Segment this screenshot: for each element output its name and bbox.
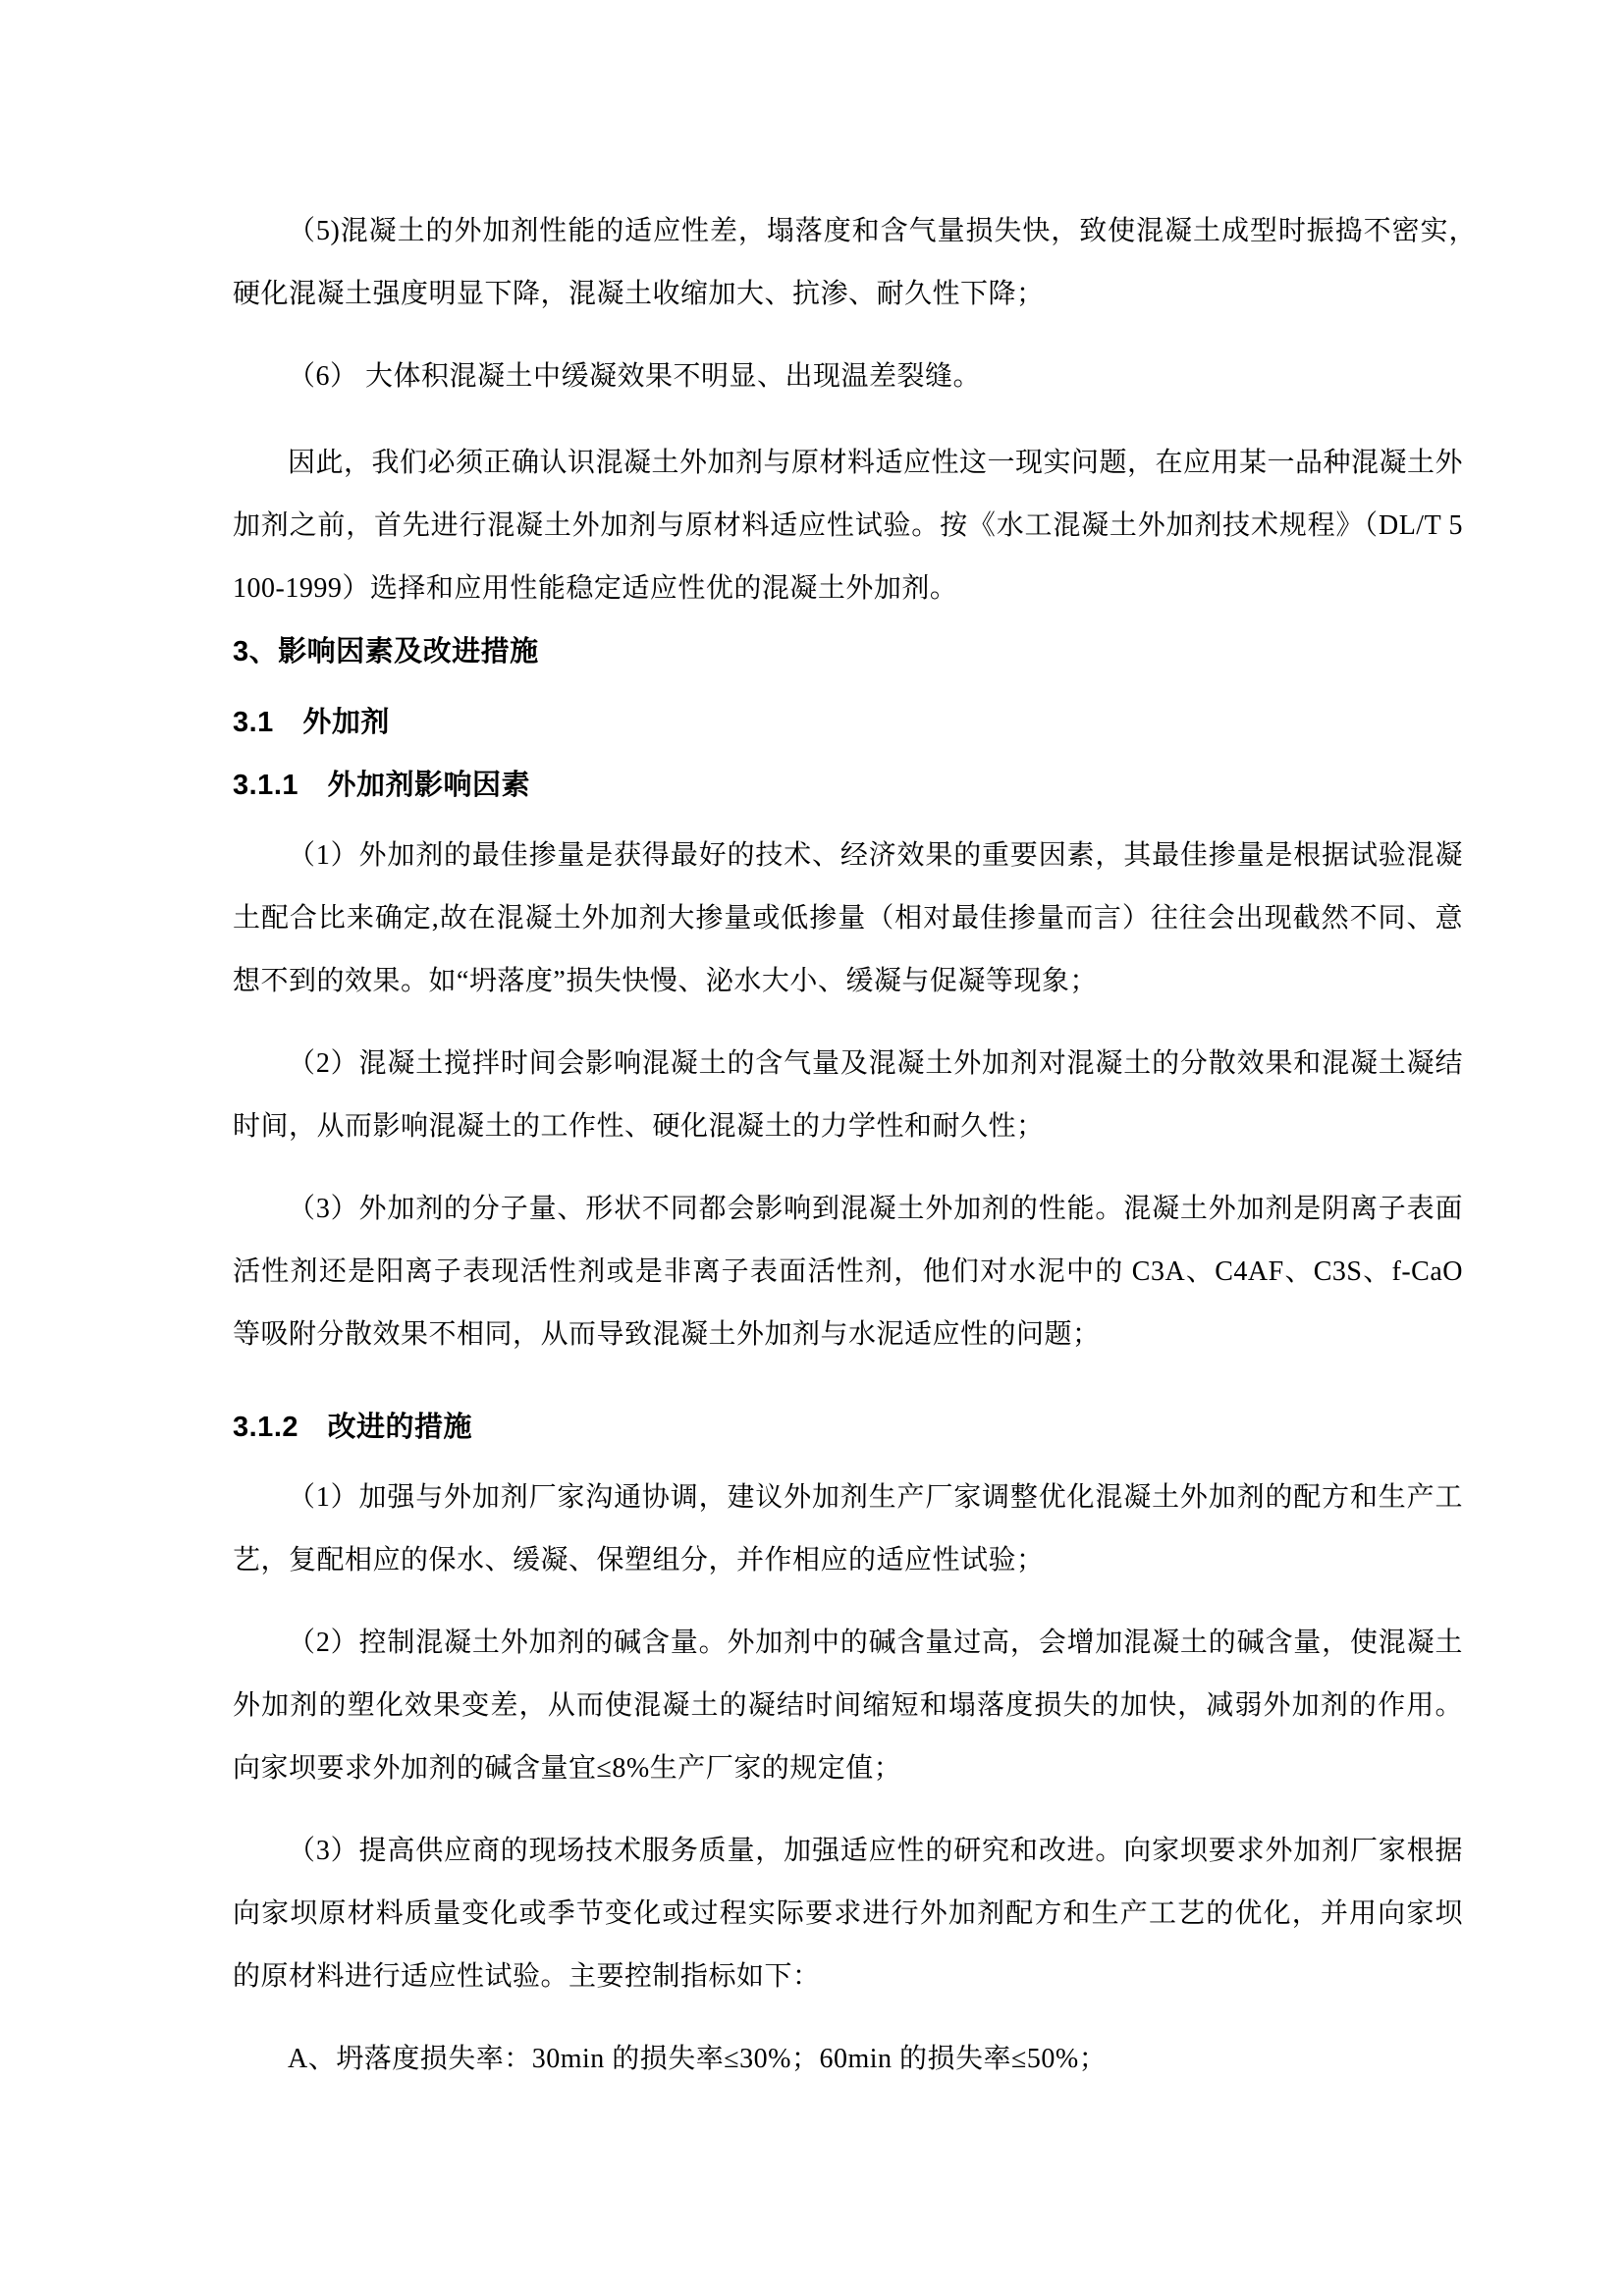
- paragraph-item-5: （5)混凝土的外加剂性能的适应性差，塌落度和含气量损失快，致使混凝土成型时振捣不…: [233, 200, 1463, 326]
- paragraph-measure-1: （1）加强与外加剂厂家沟通协调，建议外加剂生产厂家调整优化混凝土外加剂的配方和生…: [233, 1467, 1463, 1592]
- paragraph-item-6: （6） 大体积混凝土中缓凝效果不明显、出现温差裂缝。: [233, 346, 1463, 408]
- paragraph-factor-2: （2）混凝土搅拌时间会影响混凝土的含气量及混凝土外加剂对混凝土的分散效果和混凝土…: [233, 1033, 1463, 1158]
- paragraph-factor-3: （3）外加剂的分子量、形状不同都会影响到混凝土外加剂的性能。混凝土外加剂是阴离子…: [233, 1178, 1463, 1366]
- document-page: （5)混凝土的外加剂性能的适应性差，塌落度和含气量损失快，致使混凝土成型时振捣不…: [0, 0, 1624, 2296]
- paragraph-factor-1: （1）外加剂的最佳掺量是获得最好的技术、经济效果的重要因素，其最佳掺量是根据试验…: [233, 825, 1463, 1013]
- heading-section-3-1-2: 3.1.2 改进的措施: [233, 1396, 1463, 1459]
- heading-section-3: 3、影响因素及改进措施: [233, 620, 1463, 683]
- paragraph-measure-3: （3）提高供应商的现场技术服务质量，加强适应性的研究和改进。向家坝要求外加剂厂家…: [233, 1820, 1463, 2008]
- heading-section-3-1: 3.1 外加剂: [233, 691, 1463, 754]
- heading-section-3-1-1: 3.1.1 外加剂影响因素: [233, 754, 1463, 817]
- paragraph-indicator-a: A、坍落度损失率：30min 的损失率≤30%；60min 的损失率≤50%；: [233, 2028, 1463, 2091]
- paragraph-conclusion: 因此，我们必须正确认识混凝土外加剂与原材料适应性这一现实问题，在应用某一品种混凝…: [233, 432, 1463, 620]
- paragraph-measure-2: （2）控制混凝土外加剂的碱含量。外加剂中的碱含量过高，会增加混凝土的碱含量，使混…: [233, 1612, 1463, 1800]
